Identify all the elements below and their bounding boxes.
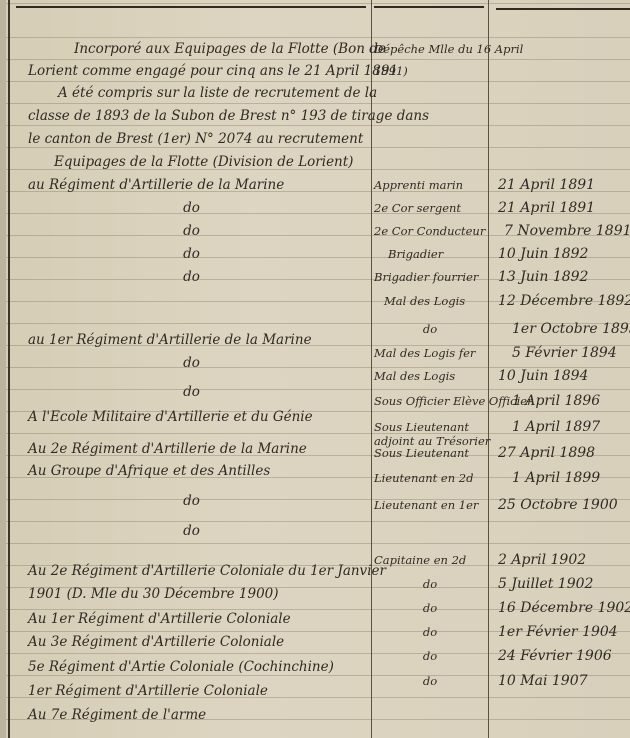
record-line: 12 Décembre 1892 [498, 290, 630, 312]
record-line: 7 Novembre 1891 [504, 220, 630, 242]
record-line: Apprenti marin [374, 174, 486, 196]
record-line: Equipages de la Flotte (Division de Lori… [54, 151, 409, 173]
ditto-mark: do [374, 573, 486, 595]
register-page: Incorporé aux Equipages de la Flotte (Bo… [0, 0, 630, 738]
ditto-mark: do [374, 670, 486, 692]
column-divider-2 [488, 0, 489, 738]
record-line: Brigadier fourrier [374, 266, 486, 288]
record-line: 1er Régiment d'Artillerie Coloniale [28, 680, 383, 702]
record-line: 10 Mai 1907 [498, 670, 630, 692]
record-line: 13 Juin 1892 [498, 266, 630, 288]
record-line: 27 April 1898 [498, 442, 630, 464]
record-line: 1901 (D. Mle du 30 Décembre 1900) [28, 583, 383, 605]
ditto-mark: do [374, 621, 486, 643]
record-line: 1 April 1896 [512, 390, 630, 412]
left-margin-rule [8, 0, 10, 738]
record-line: Mal des Logis fer [374, 342, 486, 364]
record-line: 1 April 1899 [512, 467, 630, 489]
record-line: 5e Régiment d'Artie Coloniale (Cochinchi… [28, 656, 383, 678]
record-line: Sous Lieutenant [374, 442, 486, 464]
record-line: Au 7e Régiment de l'arme [28, 704, 383, 726]
record-line: Capitaine en 2d [374, 549, 486, 571]
ditto-mark: do [14, 490, 369, 512]
record-line: Dépêche Mlle du 16 April [374, 38, 486, 60]
record-line: 5 Juillet 1902 [498, 573, 630, 595]
ditto-mark: do [14, 220, 369, 242]
record-line: Au 2e Régiment d'Artillerie Coloniale du… [28, 560, 383, 582]
record-line: Brigadier [388, 243, 500, 265]
record-line: le canton de Brest (1er) N° 2074 au recr… [28, 128, 383, 150]
record-line: 1891) [374, 60, 486, 82]
record-line: au Régiment d'Artillerie de la Marine [28, 174, 383, 196]
record-line: A été compris sur la liste de recrutemen… [58, 82, 413, 104]
ditto-mark: do [14, 352, 369, 374]
record-line: 10 Juin 1894 [498, 365, 630, 387]
record-line: Au 3e Régiment d'Artillerie Coloniale [28, 631, 383, 653]
record-line: 16 Décembre 1902 [498, 597, 630, 619]
header-rule-middle [374, 6, 484, 8]
record-line: classe de 1893 de la Subon de Brest n° 1… [28, 105, 383, 127]
ditto-mark: do [14, 266, 369, 288]
record-line: 21 April 1891 [498, 197, 630, 219]
record-line: Au 2e Régiment d'Artillerie de la Marine [28, 438, 383, 460]
record-line: au 1er Régiment d'Artillerie de la Marin… [28, 329, 383, 351]
record-line: Sous Officier Elève Officier [374, 390, 486, 412]
record-line: Au Groupe d'Afrique et des Antilles [28, 460, 383, 482]
record-line: 25 Octobre 1900 [498, 494, 630, 516]
record-line: A l'Ecole Militaire d'Artillerie et du G… [28, 406, 383, 428]
record-line: 1er Février 1904 [498, 621, 630, 643]
ditto-mark: do [14, 197, 369, 219]
page-binding-edge [0, 0, 6, 738]
record-line: 21 April 1891 [498, 174, 630, 196]
ditto-mark: do [374, 645, 486, 667]
header-rule-right [496, 8, 630, 10]
ditto-mark: do [374, 318, 486, 340]
ditto-mark: do [14, 381, 369, 403]
ditto-mark: do [374, 597, 486, 619]
ditto-mark: do [14, 520, 369, 542]
record-line: 10 Juin 1892 [498, 243, 630, 265]
record-line: 24 Février 1906 [498, 645, 630, 667]
record-line: 1er Octobre 1893 [512, 318, 630, 340]
ditto-mark: do [14, 243, 369, 265]
record-line: 5 Février 1894 [512, 342, 630, 364]
record-line: 1 April 1897 [512, 416, 630, 438]
record-line: Lieutenant en 2d [374, 467, 486, 489]
record-line: 2 April 1902 [498, 549, 630, 571]
header-rule-left [16, 6, 366, 8]
record-line: Lieutenant en 1er [374, 494, 486, 516]
record-line: Au 1er Régiment d'Artillerie Coloniale [28, 608, 383, 630]
record-line: Lorient comme engagé pour cinq ans le 21… [28, 60, 383, 82]
record-line: 2e Cor sergent [374, 197, 486, 219]
record-line: Mal des Logis [374, 365, 486, 387]
record-line: 2e Cor Conducteur [374, 220, 486, 242]
record-line: Mal des Logis [384, 290, 496, 312]
